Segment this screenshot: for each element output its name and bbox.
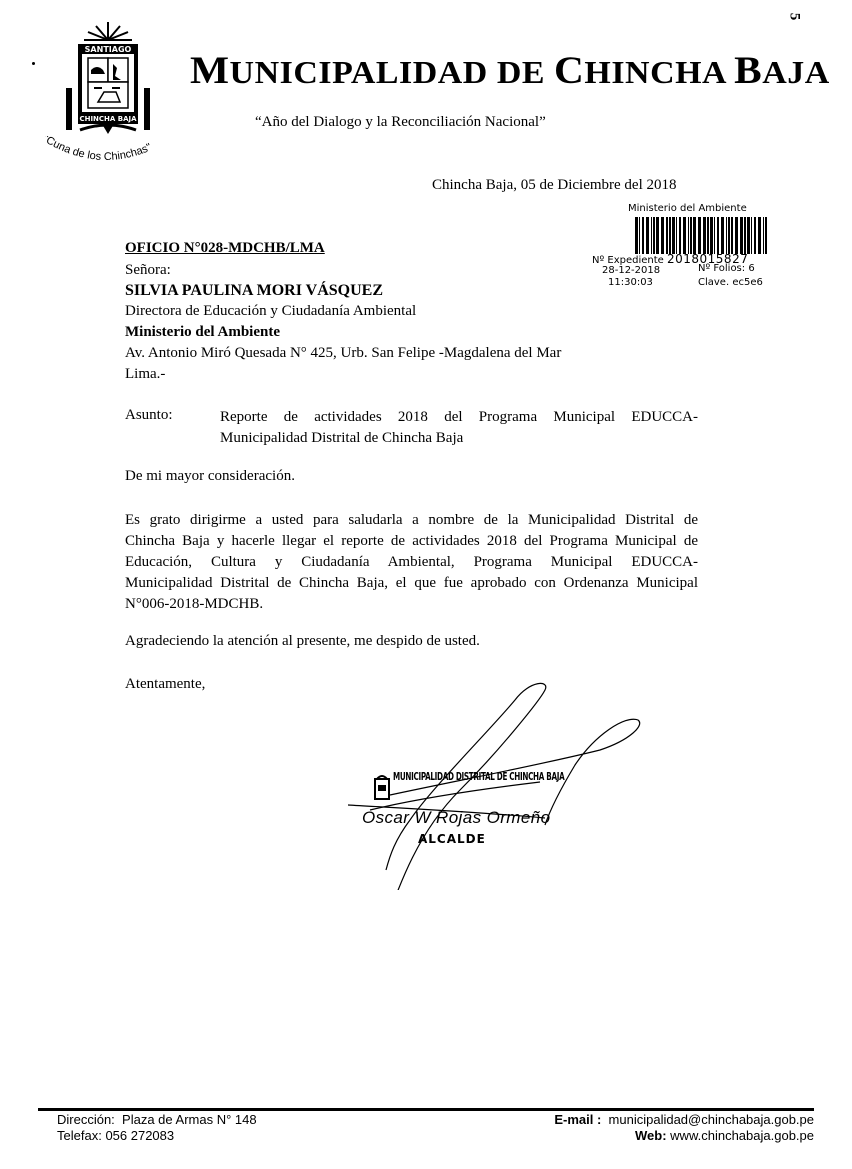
- body-line: Es grato dirigirme a usted para saludarl…: [125, 510, 698, 531]
- web-link[interactable]: www.chinchabaja.gob.pe: [670, 1128, 814, 1143]
- handwritten-signature-icon: [340, 680, 670, 890]
- folio-mark: 5: [785, 13, 802, 21]
- municipality-title: MUNICIPALIDAD DE CHINCHA BAJA: [190, 48, 830, 93]
- subject-text: Reporte de actividades 2018 del Programa…: [220, 407, 698, 449]
- signature-seal-text: MUNICIPALIDAD DISTRITAL DE CHINCHA BAJA: [393, 771, 564, 783]
- recipient-address: Av. Antonio Miró Quesada N° 425, Urb. Sa…: [125, 345, 561, 362]
- svg-text:CHINCHA BAJA: CHINCHA BAJA: [79, 115, 137, 123]
- recipient-role: Directora de Educación y Ciudadanía Ambi…: [125, 303, 416, 320]
- crest-motto: "Cuna de los Chinchas": [36, 136, 176, 176]
- footer-email: E-mail : municipalidad@chinchabaja.gob.p…: [554, 1112, 814, 1127]
- signer-title: ALCALDE: [418, 832, 486, 846]
- year-motto: “Año del Dialogo y la Reconciliación Nac…: [255, 114, 546, 131]
- closing: Atentamente,: [125, 676, 205, 693]
- stamp-date: 28-12-2018: [602, 265, 660, 276]
- letter-reference: OFICIO N°028-MDCHB/LMA: [125, 240, 325, 257]
- stamp-clave: Clave. ec5e6: [698, 277, 763, 288]
- scan-speck: [32, 62, 35, 65]
- barcode-icon: [635, 217, 768, 254]
- svg-text:SANTIAGO: SANTIAGO: [85, 45, 132, 54]
- footer-telefax: Telefax: 056 272083: [57, 1128, 174, 1143]
- body-line: Chincha Baja y hacerle llegar el reporte…: [125, 531, 698, 552]
- email-link[interactable]: municipalidad@chinchabaja.gob.pe: [609, 1112, 814, 1127]
- municipal-crest-icon: SANTIAGO CHINCHA BAJA: [58, 18, 158, 138]
- recipient-name: SILVIA PAULINA MORI VÁSQUEZ: [125, 282, 383, 300]
- body-line: N°006-2018-MDCHB.: [125, 594, 698, 615]
- greeting: De mi mayor consideración.: [125, 468, 295, 485]
- thanks-line: Agradeciendo la atención al presente, me…: [125, 633, 480, 650]
- footer-divider: [38, 1108, 814, 1111]
- svg-text:"Cuna de los Chinchas": "Cuna de los Chinchas": [40, 136, 153, 163]
- footer-web: Web: www.chinchabaja.gob.pe: [635, 1128, 814, 1143]
- stamp-ministry: Ministerio del Ambiente: [628, 203, 747, 214]
- body-paragraph: Es grato dirigirme a usted para saludarl…: [125, 510, 698, 615]
- footer-address: Dirección: Plaza de Armas N° 148: [57, 1112, 257, 1127]
- subject-label: Asunto:: [125, 407, 173, 424]
- recipient-city: Lima.-: [125, 366, 165, 383]
- dateline: Chincha Baja, 05 de Diciembre del 2018: [432, 177, 677, 194]
- stamp-folios: Nº Folios: 6: [698, 263, 755, 274]
- body-line: Educación, Cultura y Ciudadanía Ambienta…: [125, 552, 698, 573]
- recipient-org: Ministerio del Ambiente: [125, 324, 280, 341]
- body-line: Municipalidad Distrital de Chincha Baja,…: [125, 573, 698, 594]
- signer-name: Oscar W Rojas Ormeño: [362, 808, 550, 828]
- salutation: Señora:: [125, 262, 171, 279]
- reception-stamp: Ministerio del Ambiente Nº Expediente 20…: [592, 203, 792, 293]
- stamp-time: 11:30:03: [608, 277, 653, 288]
